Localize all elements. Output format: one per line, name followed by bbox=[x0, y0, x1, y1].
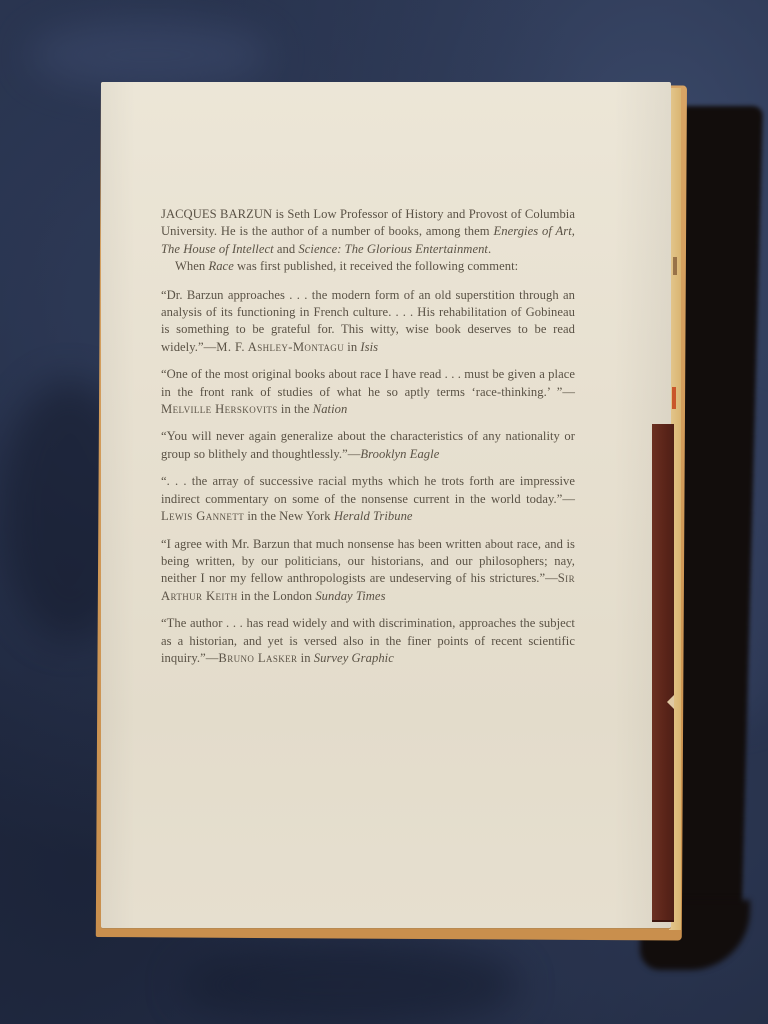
spine-lettering-red bbox=[672, 387, 676, 409]
spine-maroon-band bbox=[652, 424, 674, 922]
publication-name: Survey Graphic bbox=[314, 651, 394, 665]
quote-connector: in the bbox=[278, 402, 313, 416]
book-title: The House of Intellect bbox=[161, 242, 274, 256]
book-title: Energies of Art bbox=[493, 224, 571, 238]
fabric-fold bbox=[30, 20, 270, 90]
jacket-text: JACQUES BARZUN is Seth Low Professor of … bbox=[161, 206, 575, 677]
reviewer-name: Lewis Gannett bbox=[161, 509, 244, 523]
book-title: Race bbox=[208, 259, 233, 273]
fabric-fold bbox=[180, 940, 520, 1024]
author-name: JACQUES BARZUN bbox=[161, 207, 272, 221]
reviewer-name: Melville Herskovits bbox=[161, 402, 278, 416]
quote-text: “One of the most original books about ra… bbox=[161, 367, 575, 398]
publication-name: Sunday Times bbox=[315, 589, 385, 603]
review-quote: “You will never again generalize about t… bbox=[161, 428, 575, 463]
book-title: Science: The Glorious Entertainment bbox=[298, 242, 488, 256]
quote-connector: in the bbox=[244, 509, 279, 523]
band-notch bbox=[667, 695, 674, 709]
book: JACQUES BARZUN is Seth Low Professor of … bbox=[101, 82, 685, 940]
author-bio: JACQUES BARZUN is Seth Low Professor of … bbox=[161, 206, 575, 258]
spine-lettering bbox=[673, 257, 677, 275]
reviewer-name: M. F. Ashley-Montagu bbox=[216, 340, 344, 354]
quote-text: “. . . the array of successive racial my… bbox=[161, 474, 575, 505]
review-quote: “The author . . . has read widely and wi… bbox=[161, 615, 575, 667]
publication-name: Brooklyn Eagle bbox=[360, 447, 439, 461]
intro-paragraph: When Race was first published, it receiv… bbox=[161, 258, 575, 275]
quote-connector: in the bbox=[238, 589, 273, 603]
quote-text: “I agree with Mr. Barzun that much nonse… bbox=[161, 537, 575, 586]
quote-connector: in bbox=[297, 651, 313, 665]
review-quotes: “Dr. Barzun approaches . . . the modern … bbox=[161, 287, 575, 668]
quote-connector: in bbox=[344, 340, 360, 354]
reviewer-name: Bruno Lasker bbox=[218, 651, 297, 665]
publication-name: Isis bbox=[360, 340, 378, 354]
publication-name: Herald Tribune bbox=[334, 509, 413, 523]
publication-prefix: London bbox=[273, 589, 316, 603]
review-quote: “One of the most original books about ra… bbox=[161, 366, 575, 418]
review-quote: “Dr. Barzun approaches . . . the modern … bbox=[161, 287, 575, 357]
review-quote: “. . . the array of successive racial my… bbox=[161, 473, 575, 525]
publication-name: Nation bbox=[313, 402, 348, 416]
publication-prefix: New York bbox=[279, 509, 334, 523]
review-quote: “I agree with Mr. Barzun that much nonse… bbox=[161, 536, 575, 606]
